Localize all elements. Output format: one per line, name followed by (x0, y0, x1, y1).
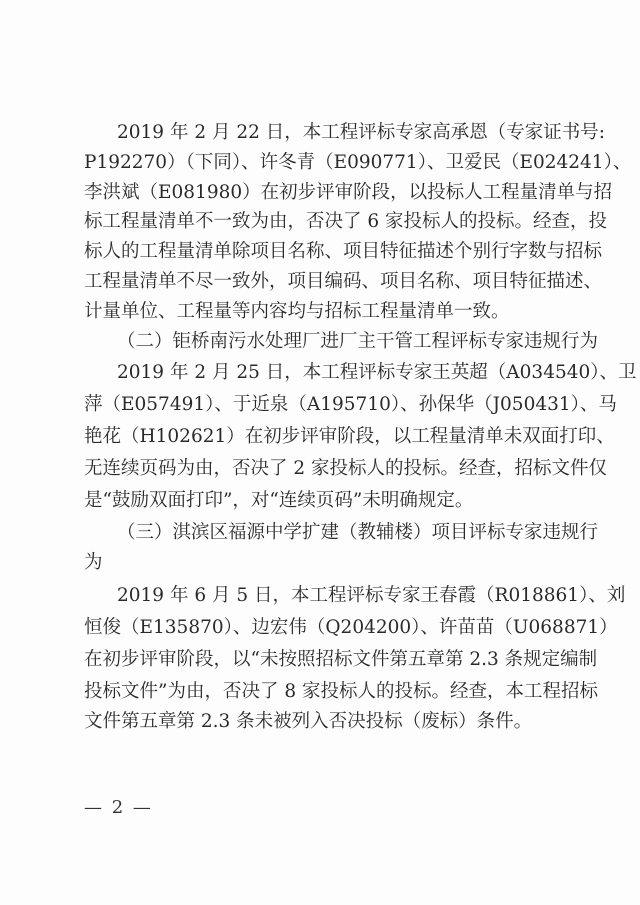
section-heading-2: （二）钜桥南污水处理厂进厂主干管工程评标专家违规行为 (117, 330, 556, 354)
paragraph-2-line-2: 萍（E057491）、于近泉（A195710）、孙保华（J050431）、马 (84, 393, 556, 417)
paragraph-1-line-3: 李洪斌（E081980）在初步评审阶段，以投标人工程量清单与招 (84, 181, 556, 205)
paragraph-1-line-1: 2019 年 2 月 22 日，本工程评标专家高承恩（专家证书号: (117, 121, 556, 145)
paragraph-2-line-4: 无连续页码为由，否决了 2 家投标人的投标。经查，招标文件仅 (84, 457, 556, 481)
paragraph-1-line-7: 计量单位、工程量等内容均与招标工程量清单一致。 (84, 300, 556, 324)
section-heading-3-line-1: （三）淇滨区福源中学扩建（教辅楼）项目评标专家违规行 (117, 521, 556, 545)
paragraph-3-line-2: 恒俊（E135870）、边宏伟（Q204200）、许苗苗（U068871） (84, 616, 556, 640)
paragraph-3-line-1: 2019 年 6 月 5 日，本工程评标专家王春霞（R018861）、刘 (117, 584, 556, 608)
paragraph-1-line-4: 标工程量清单不一致为由，否决了 6 家投标人的投标。经查，投 (84, 210, 556, 234)
paragraph-1-line-5: 标人的工程量清单除项目名称、项目特征描述个别行字数与招标 (84, 240, 556, 264)
paragraph-3-line-5: 文件第五章第 2.3 条未被列入否决投标（废标）条件。 (84, 710, 556, 734)
section-heading-3-line-2: 为 (84, 551, 556, 575)
paragraph-3-line-3: 在初步评审阶段，以“未按照招标文件第五章第 2.3 条规定编制 (84, 648, 556, 672)
document-page: 2019 年 2 月 22 日，本工程评标专家高承恩（专家证书号: P19227… (0, 0, 640, 905)
paragraph-1-line-6: 工程量清单不尽一致外，项目编码、项目名称、项目特征描述、 (84, 270, 556, 294)
paragraph-1-line-2: P192270）（下同）、许冬青（E090771）、卫爱民（E024241）、 (84, 151, 556, 175)
paragraph-2-line-3: 艳花（H102621）在初步评审阶段，以工程量清单未双面打印、 (84, 425, 556, 449)
paragraph-2-line-1: 2019 年 2 月 25 日，本工程评标专家王英超（A034540）、卫 (117, 361, 556, 385)
page-number: — 2 — (84, 796, 153, 820)
paragraph-3-line-4: 投标文件”为由，否决了 8 家投标人的投标。经查，本工程招标 (84, 680, 556, 704)
paragraph-2-line-5: 是“鼓励双面打印”，对“连续页码”未明确规定。 (84, 489, 556, 513)
